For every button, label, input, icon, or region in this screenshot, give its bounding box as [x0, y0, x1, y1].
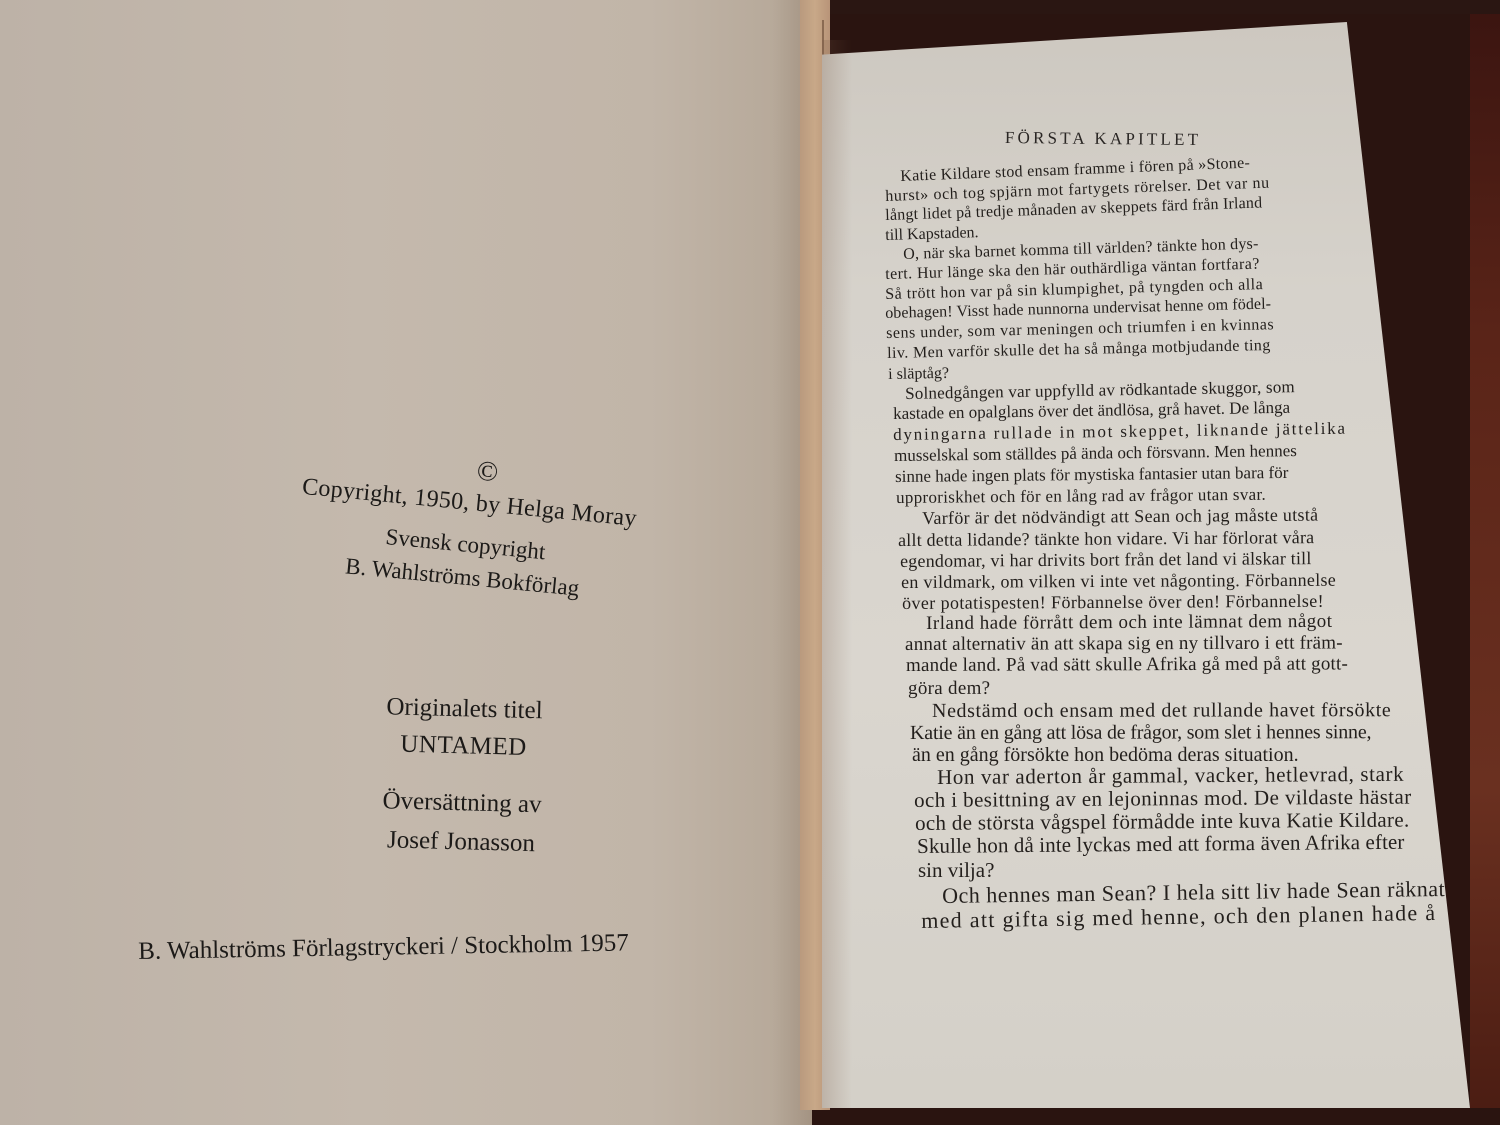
- body-text-line: sinne hade ingen plats för mystiska fant…: [895, 463, 1288, 487]
- body-text-line: annat alternativ än att skapa sig en ny …: [905, 632, 1343, 656]
- body-text-line: sin vilja?: [918, 858, 994, 883]
- body-text-line: Skulle hon då inte lyckas med att forma …: [917, 830, 1405, 859]
- body-text-line: Katie än en gång att lösa de frågor, som…: [910, 721, 1371, 745]
- body-text-line: egendomar, vi har drivits bort från det …: [900, 548, 1312, 572]
- translator-name: Josef Jonasson: [295, 816, 626, 869]
- background-table: [1470, 0, 1500, 1125]
- body-text-line: Nedstämd och ensam med det rullande have…: [932, 699, 1391, 723]
- body-text-line: till Kapstaden.: [885, 224, 979, 245]
- right-page-gutter-shadow: [822, 40, 852, 1108]
- original-title: UNTAMED: [298, 722, 629, 771]
- chapter-title: FÖRSTA KAPITLET: [1005, 128, 1202, 150]
- body-text-line: en vildmark, om vilken vi inte vet någon…: [901, 570, 1336, 593]
- body-text-line: göra dem?: [908, 678, 990, 700]
- body-text-line: Irland hade förrått dem och inte lämnat …: [926, 611, 1333, 635]
- original-title-block: Originalets titel UNTAMED Översättning a…: [295, 688, 629, 869]
- body-text-line: allt detta lidande? tänkte hon vidare. V…: [898, 527, 1314, 551]
- background-shadow: [800, 0, 1500, 14]
- background-edge: [800, 1108, 1500, 1125]
- body-text-line: i släptåg?: [888, 365, 949, 384]
- body-text-line: Varför är det nödvändigt att Sean och ja…: [922, 505, 1318, 529]
- body-text-line: mande land. På vad sätt skulle Afrika gå…: [906, 653, 1348, 677]
